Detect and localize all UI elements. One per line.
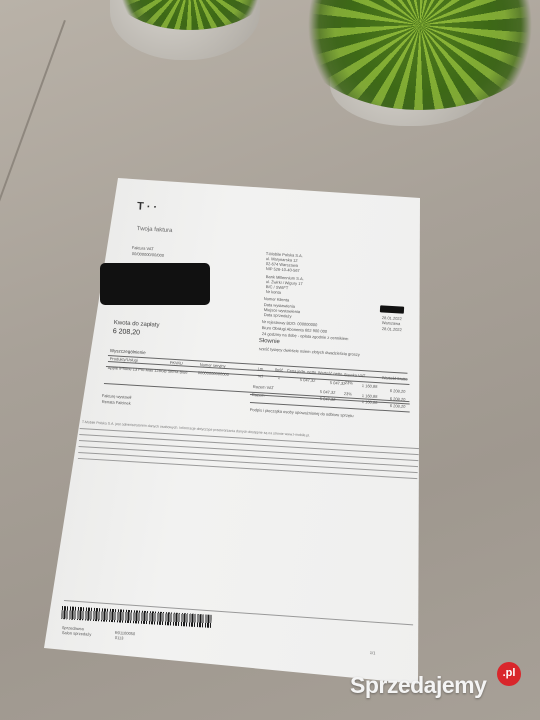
- summary-net: 5 047,32: [320, 389, 336, 395]
- t-mobile-logo: T · ·: [137, 200, 158, 213]
- item-name: Apple iPhone 13 Pro Max 128GB Sierra Blu…: [108, 365, 188, 375]
- summary-vat: 1 160,88: [362, 393, 378, 399]
- item-serial: 00000000000000: [198, 370, 229, 377]
- meta-label: Data sprzedaży: [264, 312, 292, 319]
- invoice-number: 00/000000/00/000: [132, 251, 165, 258]
- item-vat: 1 160,88: [362, 383, 378, 389]
- bank-line: Nr konta: [266, 289, 281, 295]
- footer-shop-value: 0113: [115, 635, 124, 641]
- item-net: 5 047,32: [330, 380, 346, 386]
- table-header: Stawka VAT: [344, 372, 366, 378]
- amount-due-value: 6 208,20: [113, 328, 141, 337]
- summary-net: 5 047,32: [320, 396, 336, 402]
- items-heading: Wyszczególnienie: [110, 348, 146, 355]
- issued-by-name: Renata Falcinek: [102, 399, 131, 406]
- table-header: Wartość netto: [318, 370, 343, 376]
- invoice-content: T · · Twoja faktura Faktura VAT 00/00000…: [0, 0, 540, 720]
- words-heading: Słownie: [259, 338, 280, 345]
- summary-vat-rate: 23%: [344, 391, 352, 396]
- item-gross: 6 208,20: [390, 388, 406, 394]
- table-header: PKWiU: [170, 360, 183, 366]
- summary-label: Razem: [252, 392, 265, 398]
- summary-vat: 1 160,88: [362, 399, 378, 405]
- summary-gross: 6 208,20: [390, 396, 406, 402]
- signature-note: Podpis i pieczątka osoby upoważnionej do…: [250, 407, 354, 418]
- redaction-client-number: [380, 305, 404, 313]
- table-header: Ilość: [275, 367, 284, 372]
- summary-label: Razem VAT: [253, 384, 274, 390]
- amount-due-label: Kwota do zapłaty: [114, 320, 160, 329]
- redaction-block: [100, 263, 210, 305]
- table-header: Cena jedn. netto: [287, 368, 317, 375]
- footer-page: 1/1: [370, 650, 376, 655]
- sprzedajemy-watermark: Sprzedajemy: [350, 672, 486, 699]
- table-header: Wartość brutto: [382, 375, 408, 382]
- footer-shop-label: Salon sprzedaży: [62, 630, 92, 637]
- item-vat-rate: 23%: [345, 380, 353, 385]
- item-unit: szt: [258, 373, 263, 378]
- item-unit-net: 5 047,32: [300, 377, 316, 383]
- pl-badge: .pl: [497, 662, 521, 686]
- meta-value: 28.01.2022: [382, 326, 402, 332]
- words-text: sześć tysięcy dwieście osiem złotych dwa…: [259, 346, 360, 357]
- invoice-title: Twoja faktura: [137, 226, 173, 234]
- seller-nip: NIP 526-10-40-567: [266, 266, 300, 273]
- table-header: j.m.: [258, 366, 265, 371]
- summary-gross: 6 208,20: [390, 403, 406, 409]
- item-qty: 1: [278, 375, 281, 380]
